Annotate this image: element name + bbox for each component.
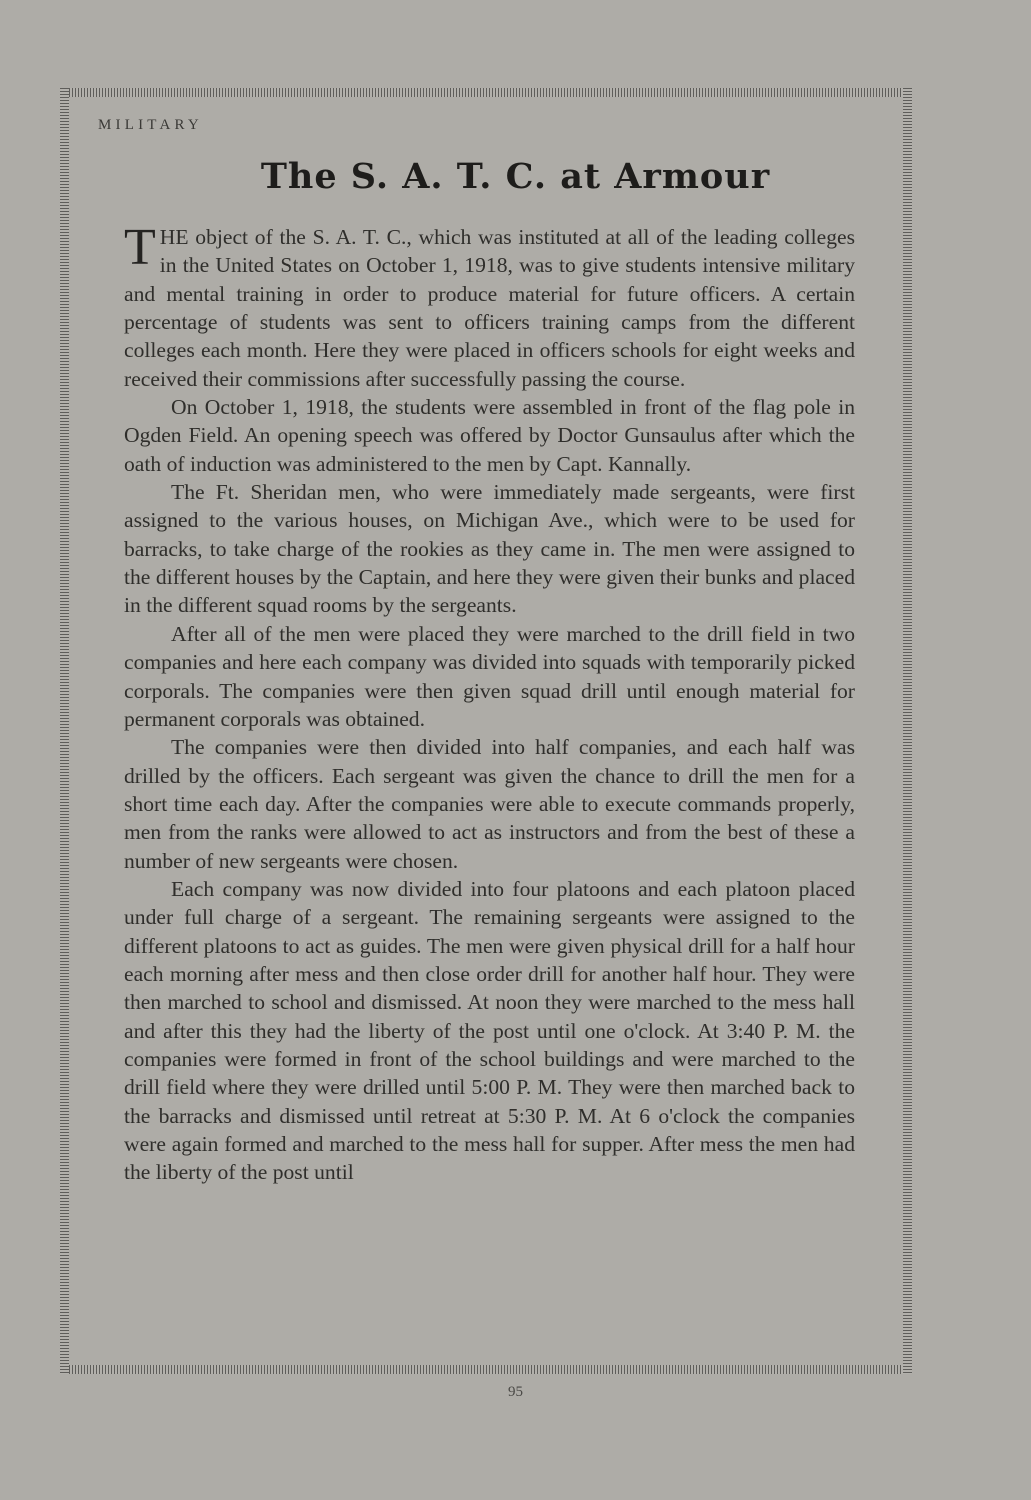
paragraph-4: After all of the men were placed they we… — [124, 620, 855, 733]
paragraph-6: Each company was now divided into four p… — [124, 875, 855, 1187]
border-rule-left — [60, 88, 69, 1374]
section-label: MILITARY — [98, 117, 203, 134]
page-number: 95 — [0, 1384, 1031, 1401]
paragraph-2: On October 1, 1918, the students were as… — [124, 393, 855, 478]
border-rule-bottom — [60, 1365, 912, 1374]
border-rule-top — [60, 88, 912, 97]
paragraph-1: THE object of the S. A. T. C., which was… — [124, 223, 855, 393]
article-body: THE object of the S. A. T. C., which was… — [124, 223, 855, 1187]
drop-cap: T — [124, 226, 156, 270]
paragraph-5: The companies were then divided into hal… — [124, 733, 855, 875]
border-rule-right — [903, 88, 912, 1374]
paragraph-3: The Ft. Sheridan men, who were immediate… — [124, 478, 855, 620]
page-title: The S. A. T. C. at Armour — [0, 156, 1031, 197]
